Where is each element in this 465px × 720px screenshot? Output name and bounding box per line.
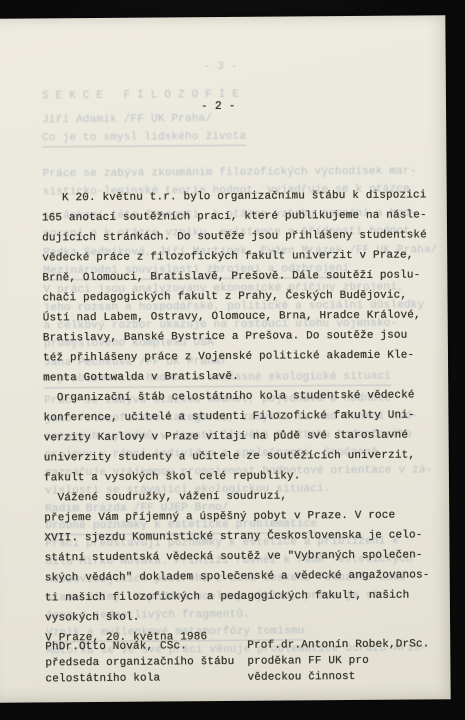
text-line: univerzity studenty a učitele ze soutěží… [44,445,429,468]
bleed-through-line: Jiří Adamík /FF UK Praha/ [42,113,212,127]
document-page: - 3 -S E K C E F I L O Z O F I EJiří Ada… [0,15,451,703]
page-number: - 2 - [201,100,236,113]
text-line: též přihlášeny práce z Vojenské politick… [43,345,428,368]
signature-line: PhDr.Otto Novák, CSc. [45,638,234,655]
signature-line: předseda organizačního štábu [45,654,234,671]
signature-line: vědeckou činnost [247,668,429,685]
document-body-text: K 20. květnu t.r. bylo organizačnímu štá… [41,125,430,648]
page-content: - 3 -S E K C E F I L O Z O F I EJiří Ada… [0,0,465,720]
signature-line: proděkan FF UK pro [247,652,429,669]
signature-right: Prof.dr.Antonín Robek,DrSc.proděkan FF U… [247,588,430,685]
signature-left: PhDr.Otto Novák, CSc.předseda organizačn… [45,590,235,687]
scanned-photo: { "colors":{ "backdrop":"#0a0a0a", "pape… [0,0,465,720]
signature-line: celostátního kola [45,670,234,687]
bleed-through-line: - 3 - [204,61,238,74]
signature-line: Prof.dr.Antonín Robek,DrSc. [247,636,429,653]
